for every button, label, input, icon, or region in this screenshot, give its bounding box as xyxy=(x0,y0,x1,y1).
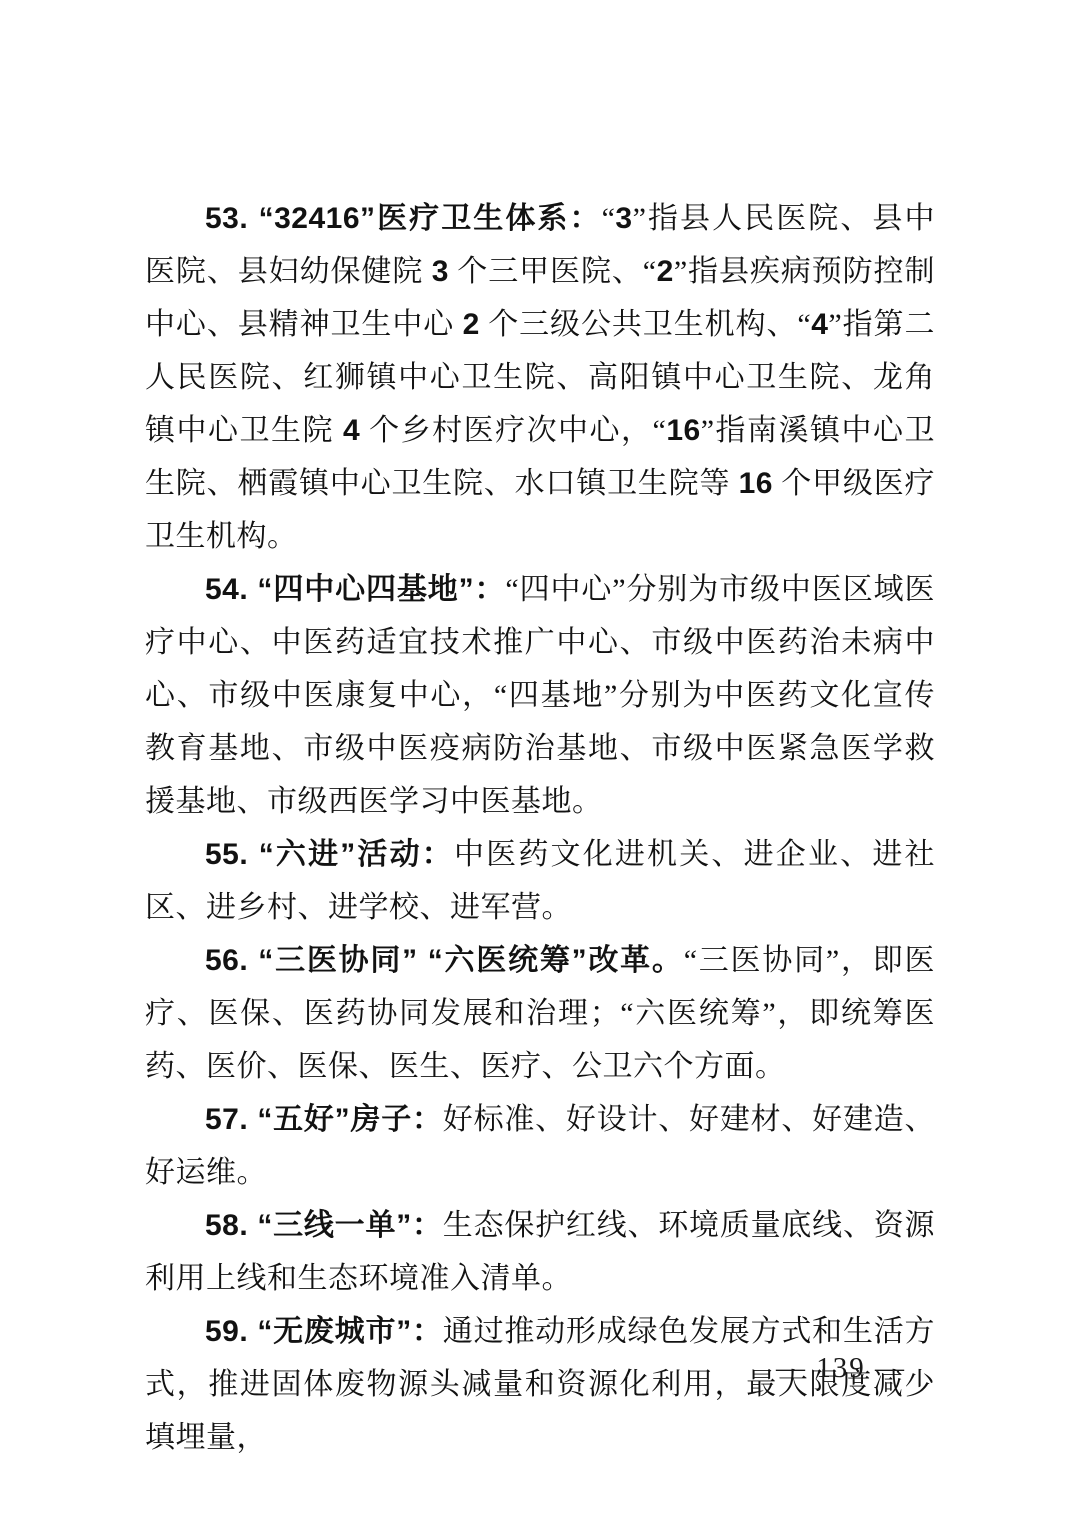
text-segment-lead: 58. “三线一单”： xyxy=(205,1209,443,1242)
text-segment-num: 3 xyxy=(432,255,449,288)
glossary-item-58: 58. “三线一单”：生态保护红线、环境质量底线、资源利用上线和生态环境准入清单… xyxy=(145,1199,935,1305)
text-segment-lead: 59. “无废城市”： xyxy=(205,1315,443,1348)
text-segment-num: 16 xyxy=(739,467,773,500)
text-segment-lead: 55. “六进”活动： xyxy=(205,838,454,871)
text-segment: 个三甲医院、“ xyxy=(449,255,657,288)
text-segment-num: 2 xyxy=(657,255,674,288)
text-segment-num: 3 xyxy=(615,202,632,235)
page-number: — 139 — xyxy=(776,1350,906,1386)
text-segment: “ xyxy=(602,202,616,235)
document-page: 53. “32416”医疗卫生体系：“3”指县人民医院、县中医院、县妇幼保健院 … xyxy=(0,0,1074,1520)
text-segment-num: 16 xyxy=(666,414,700,447)
glossary-item-53: 53. “32416”医疗卫生体系：“3”指县人民医院、县中医院、县妇幼保健院 … xyxy=(145,192,935,563)
text-segment-num: 2 xyxy=(463,308,480,341)
text-segment-lead: 53. “32416”医疗卫生体系： xyxy=(205,202,602,235)
glossary-item-56: 56. “三医协同” “六医统筹”改革。“三医协同”，即医疗、医保、医药协同发展… xyxy=(145,934,935,1093)
text-segment-num: 4 xyxy=(811,308,828,341)
text-segment-lead: 56. “三医协同” “六医统筹”改革。 xyxy=(205,944,684,977)
text-segment: “四中心”分别为市级中医区域医疗中心、中医药适宜技术推广中心、市级中医药治未病中… xyxy=(145,573,935,818)
text-segment-num: 4 xyxy=(343,414,360,447)
glossary-item-54: 54. “四中心四基地”：“四中心”分别为市级中医区域医疗中心、中医药适宜技术推… xyxy=(145,563,935,828)
document-body: 53. “32416”医疗卫生体系：“3”指县人民医院、县中医院、县妇幼保健院 … xyxy=(145,192,935,1464)
text-segment: 个乡村医疗次中心，“ xyxy=(360,414,666,447)
text-segment: 个三级公共卫生机构、“ xyxy=(480,308,811,341)
text-segment-lead: 54. “四中心四基地”： xyxy=(205,573,505,606)
glossary-item-55: 55. “六进”活动：中医药文化进机关、进企业、进社区、进乡村、进学校、进军营。 xyxy=(145,828,935,934)
text-segment-lead: 57. “五好”房子： xyxy=(205,1103,443,1136)
glossary-item-57: 57. “五好”房子：好标准、好设计、好建材、好建造、好运维。 xyxy=(145,1093,935,1199)
